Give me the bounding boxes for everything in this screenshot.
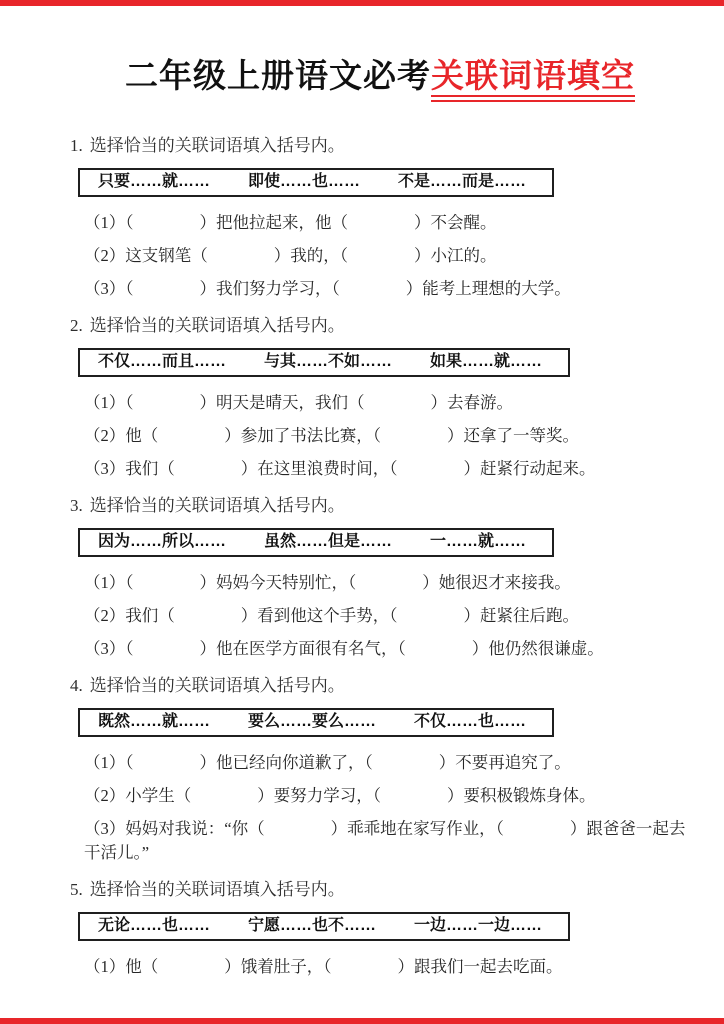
section-prompt: 选择恰当的关联词语填入括号内。 (90, 880, 345, 899)
section-number: 2. (70, 316, 83, 335)
question-line: （1）（ ）妈妈今天特别忙，（ ）她很迟才来接我。 (84, 571, 690, 595)
page-title-red-underlined: 关联词语填空 (431, 57, 635, 102)
conjunction-options-box: 无论……也…… 宁愿……也不…… 一边……一边…… (78, 912, 570, 941)
exercise-section-5: 5.选择恰当的关联词语填入括号内。 无论……也…… 宁愿……也不…… 一边……一… (70, 879, 690, 979)
section-number: 4. (70, 676, 83, 695)
conjunction-options-box: 只要……就…… 即使……也…… 不是……而是…… (78, 168, 554, 197)
section-heading: 1.选择恰当的关联词语填入括号内。 (70, 135, 690, 157)
conjunction-option: 一……就…… (430, 532, 526, 552)
question-line: （2）我们（ ）看到他这个手势，（ ）赶紧往后跑。 (84, 604, 690, 628)
section-prompt: 选择恰当的关联词语填入括号内。 (90, 496, 345, 515)
question-line: （1）（ ）明天是晴天，我们（ ）去春游。 (84, 391, 690, 415)
section-prompt: 选择恰当的关联词语填入括号内。 (90, 316, 345, 335)
section-heading: 5.选择恰当的关联词语填入括号内。 (70, 879, 690, 901)
exercise-section-2: 2.选择恰当的关联词语填入括号内。 不仅……而且…… 与其……不如…… 如果……… (70, 315, 690, 481)
page-title: 二年级上册语文必考关联词语填空 (70, 50, 690, 97)
conjunction-options-box: 不仅……而且…… 与其……不如…… 如果……就…… (78, 348, 570, 377)
section-number: 5. (70, 880, 83, 899)
conjunction-option: 只要……就…… (98, 172, 210, 192)
section-prompt: 选择恰当的关联词语填入括号内。 (90, 676, 345, 695)
section-heading: 4.选择恰当的关联词语填入括号内。 (70, 675, 690, 697)
question-line: （2）这支钢笔（ ）我的，（ ）小江的。 (84, 244, 690, 268)
conjunction-option: 如果……就…… (430, 352, 542, 372)
exercise-section-3: 3.选择恰当的关联词语填入括号内。 因为……所以…… 虽然……但是…… 一……就… (70, 495, 690, 661)
question-line: （1）（ ）他已经向你道歉了，（ ）不要再追究了。 (84, 751, 690, 775)
conjunction-option: 既然……就…… (98, 712, 210, 732)
worksheet-page: 二年级上册语文必考关联词语填空 1.选择恰当的关联词语填入括号内。 只要……就…… (0, 0, 724, 979)
question-line: （2）小学生（ ）要努力学习，（ ）要积极锻炼身体。 (84, 784, 690, 808)
exercise-section-4: 4.选择恰当的关联词语填入括号内。 既然……就…… 要么……要么…… 不仅……也… (70, 675, 690, 865)
conjunction-option: 宁愿……也不…… (248, 916, 376, 936)
question-line: （1）他（ ）饿着肚子，（ ）跟我们一起去吃面。 (84, 955, 690, 979)
section-number: 3. (70, 496, 83, 515)
page-title-black: 二年级上册语文必考 (125, 57, 431, 94)
conjunction-option: 即使……也…… (248, 172, 360, 192)
conjunction-option: 与其……不如…… (264, 352, 392, 372)
exercise-section-1: 1.选择恰当的关联词语填入括号内。 只要……就…… 即使……也…… 不是……而是… (70, 135, 690, 301)
conjunction-option: 不仅……也…… (414, 712, 526, 732)
conjunction-options-box: 既然……就…… 要么……要么…… 不仅……也…… (78, 708, 554, 737)
conjunction-option: 无论……也…… (98, 916, 210, 936)
conjunction-option: 因为……所以…… (98, 532, 226, 552)
section-heading: 3.选择恰当的关联词语填入括号内。 (70, 495, 690, 517)
conjunction-option: 要么……要么…… (248, 712, 376, 732)
worksheet-content: 二年级上册语文必考关联词语填空 1.选择恰当的关联词语填入括号内。 只要……就…… (0, 0, 724, 979)
section-heading: 2.选择恰当的关联词语填入括号内。 (70, 315, 690, 337)
section-number: 1. (70, 136, 83, 155)
conjunction-option: 一边……一边…… (414, 916, 542, 936)
question-line: （3）（ ）他在医学方面很有名气，（ ）他仍然很谦虚。 (84, 637, 690, 661)
conjunction-option: 虽然……但是…… (264, 532, 392, 552)
conjunction-option: 不仅……而且…… (98, 352, 226, 372)
question-line: （3）妈妈对我说：“你（ ）乖乖地在家写作业，（ ）跟爸爸一起去干活儿。” (84, 817, 690, 865)
conjunction-option: 不是……而是…… (398, 172, 526, 192)
question-line: （3）我们（ ）在这里浪费时间，（ ）赶紧行动起来。 (84, 457, 690, 481)
section-prompt: 选择恰当的关联词语填入括号内。 (90, 136, 345, 155)
question-line: （3）（ ）我们努力学习，（ ）能考上理想的大学。 (84, 277, 690, 301)
top-red-bar (0, 0, 724, 6)
question-line: （2）他（ ）参加了书法比赛，（ ）还拿了一等奖。 (84, 424, 690, 448)
question-line: （1）（ ）把他拉起来，他（ ）不会醒。 (84, 211, 690, 235)
bottom-red-bar (0, 1018, 724, 1024)
conjunction-options-box: 因为……所以…… 虽然……但是…… 一……就…… (78, 528, 554, 557)
